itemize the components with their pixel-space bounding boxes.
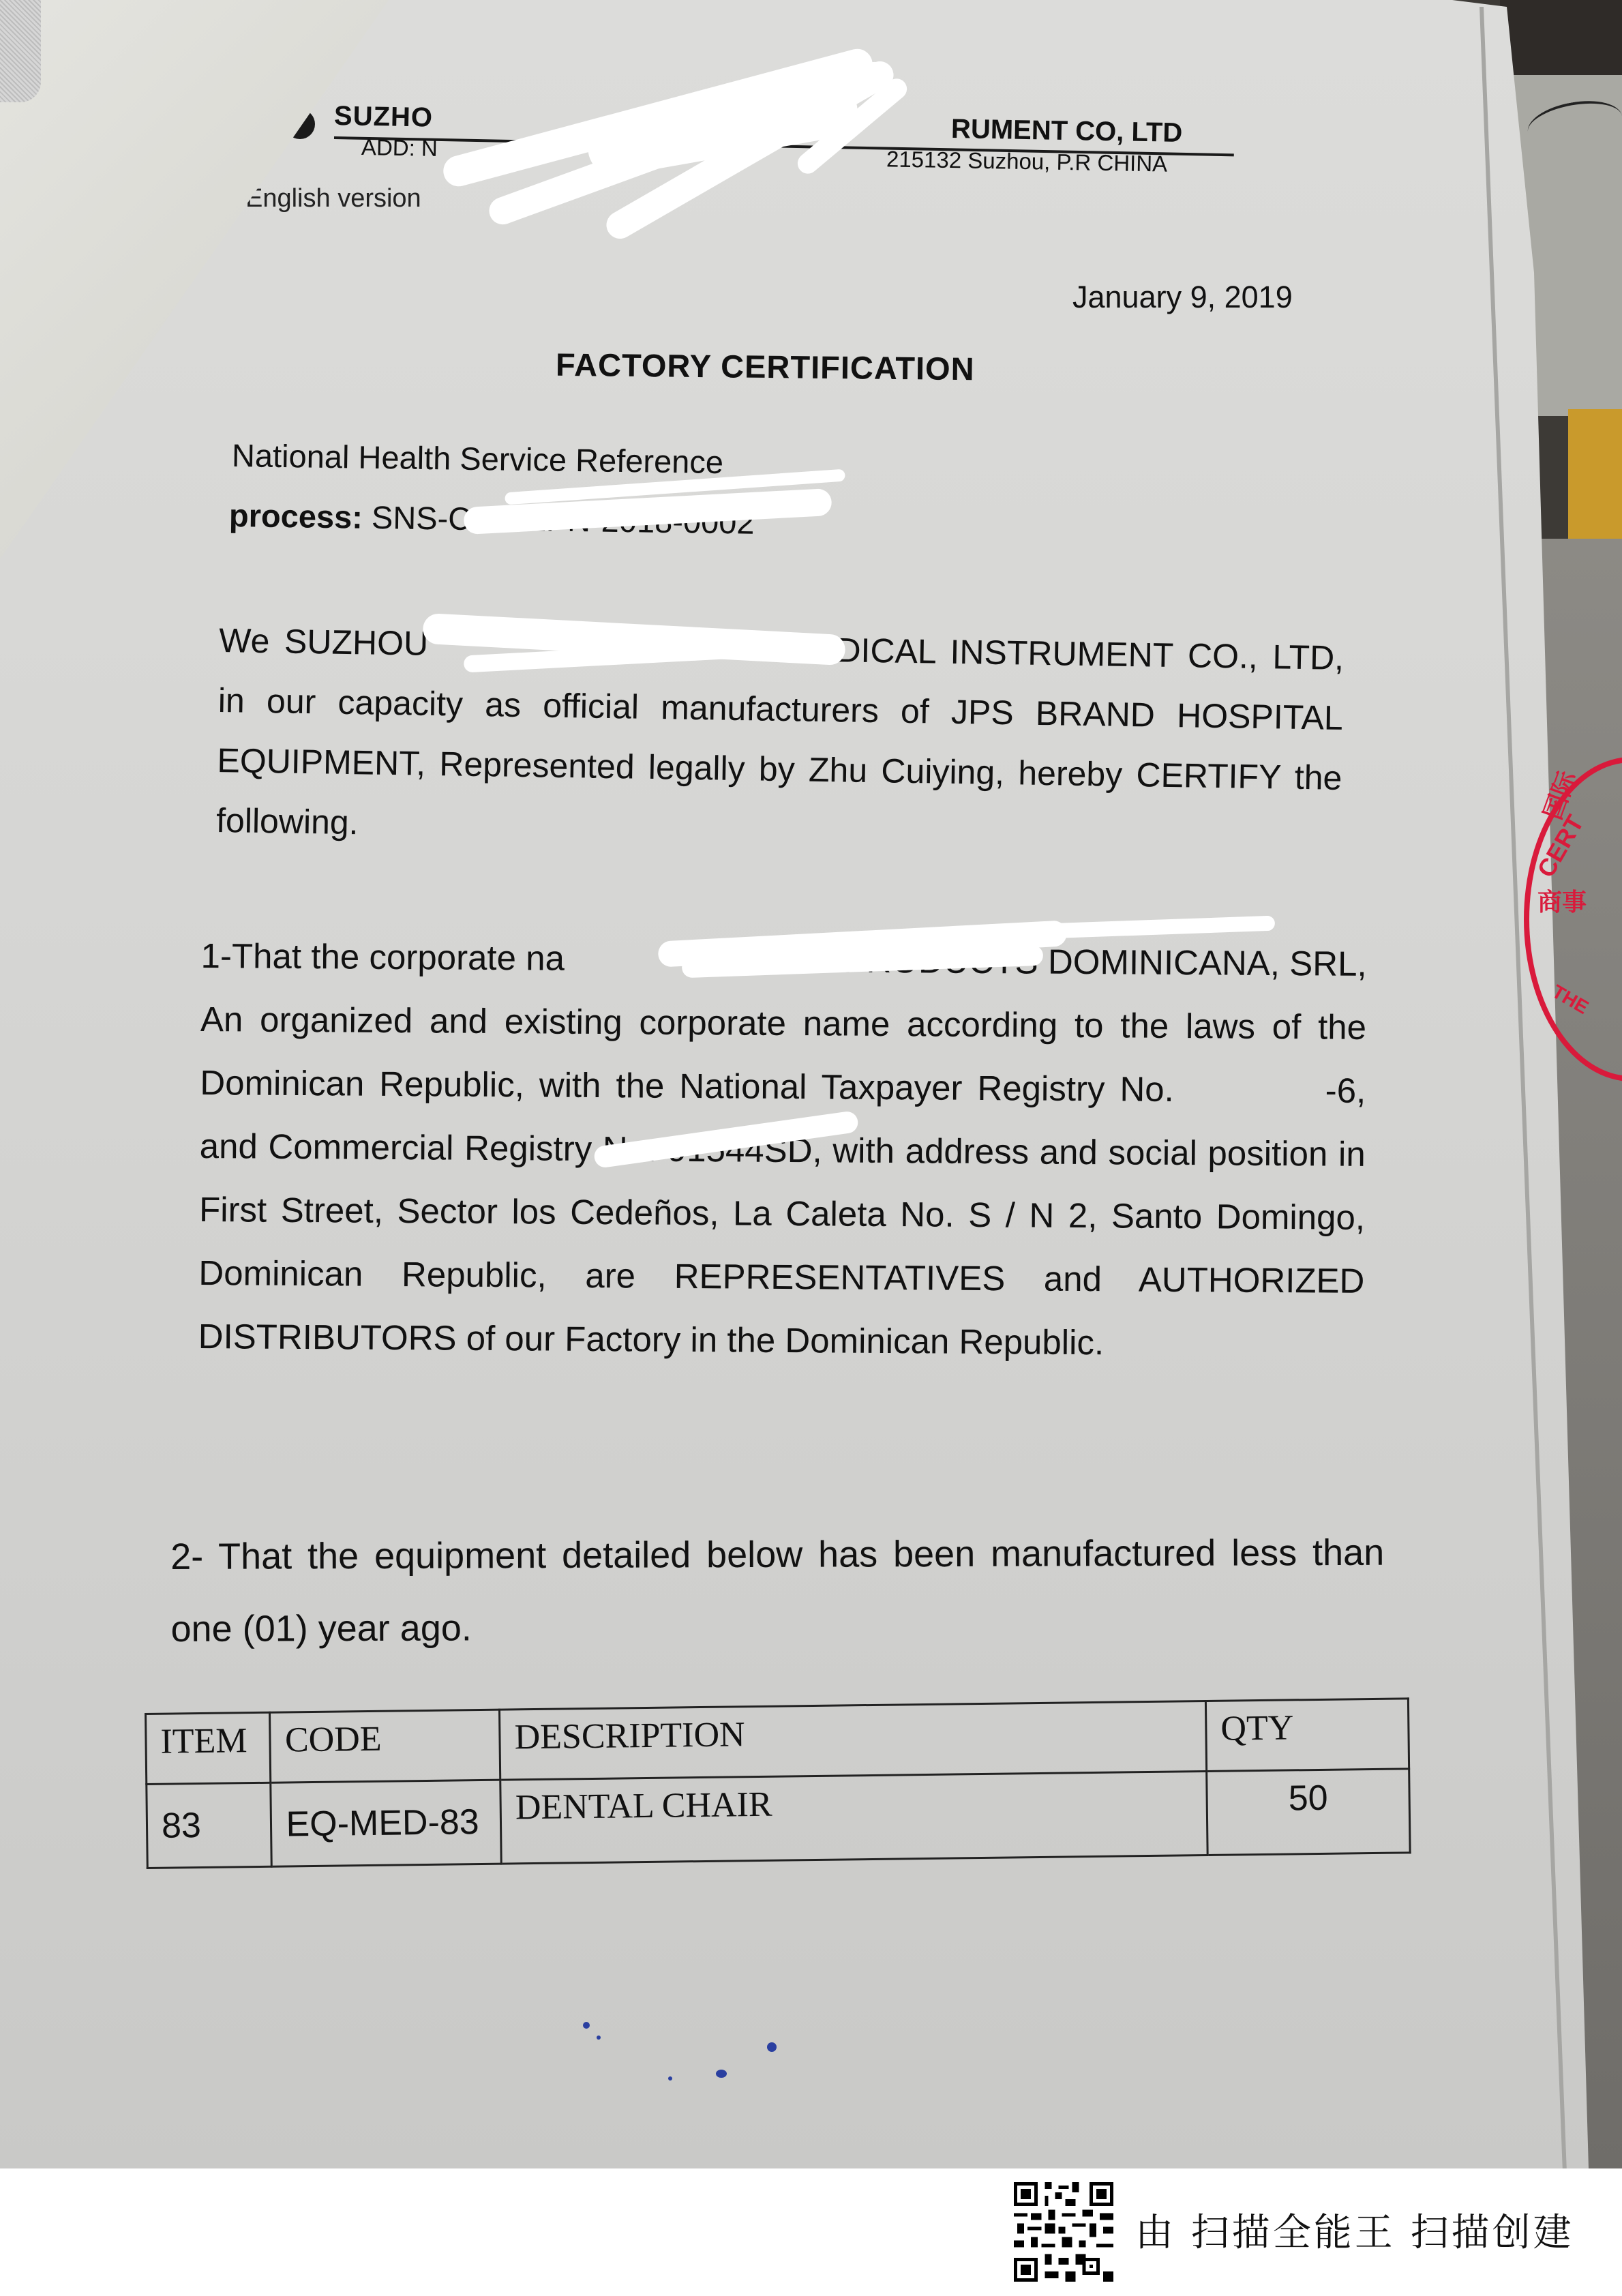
scanner-caption: 由 扫描全能王 扫描创建 (1135, 2203, 1574, 2257)
reference-label: National Health Service Reference (232, 436, 724, 481)
company-address-end: 215132 Suzhou, P.R CHINA (886, 146, 1168, 177)
column-header-description: DESCRIPTION (500, 1701, 1207, 1780)
ink-mark (716, 2070, 727, 2078)
background-mesh (0, 0, 41, 102)
company-name-end: RUMENT CO, LTD (951, 114, 1183, 149)
cell-qty: 50 (1207, 1769, 1410, 1855)
document-date: January 9, 2019 (1072, 280, 1293, 315)
ink-mark (597, 2036, 601, 2040)
column-header-qty: QTY (1205, 1699, 1409, 1772)
company-address: ADD: N (361, 134, 438, 162)
reference-process-label: process: (229, 497, 363, 535)
table-row: 83 EQ-MED-83 DENTAL CHAIR 50 (147, 1769, 1410, 1868)
qr-code-icon (1014, 2181, 1113, 2283)
cell-code: EQ-MED-83 (271, 1780, 501, 1866)
clause-1-paragraph: 1-That the corporate na PRODUCTS DOMINIC… (198, 924, 1367, 1376)
document-title: FACTORY CERTIFICATION (556, 346, 975, 387)
clause-1-start: 1-That the corporate na (200, 936, 565, 978)
ink-mark (583, 2022, 590, 2029)
intro-start: We SUZHOU (219, 621, 429, 663)
ink-mark (668, 2076, 672, 2081)
column-header-code: CODE (270, 1710, 500, 1783)
document-page: SUZHO RUMENT CO, LTD ADD: N 215132 Suzho… (0, 0, 1622, 2168)
clause-2-paragraph: 2- That the equipment detailed below has… (170, 1517, 1385, 1665)
company-name: SUZHO (334, 101, 434, 134)
cell-description: DENTAL CHAIR (500, 1771, 1207, 1864)
equipment-table: ITEM CODE DESCRIPTION QTY 83 EQ-MED-83 D… (145, 1697, 1411, 1869)
column-header-item: ITEM (146, 1712, 271, 1784)
language-note: English version (245, 184, 421, 213)
clause-1-end: -6, and Commercial Registry No. 91544SD,… (198, 1071, 1366, 1362)
ink-mark (767, 2042, 777, 2052)
stamp-text: 商事 (1537, 883, 1587, 918)
cell-item: 83 (147, 1783, 272, 1868)
